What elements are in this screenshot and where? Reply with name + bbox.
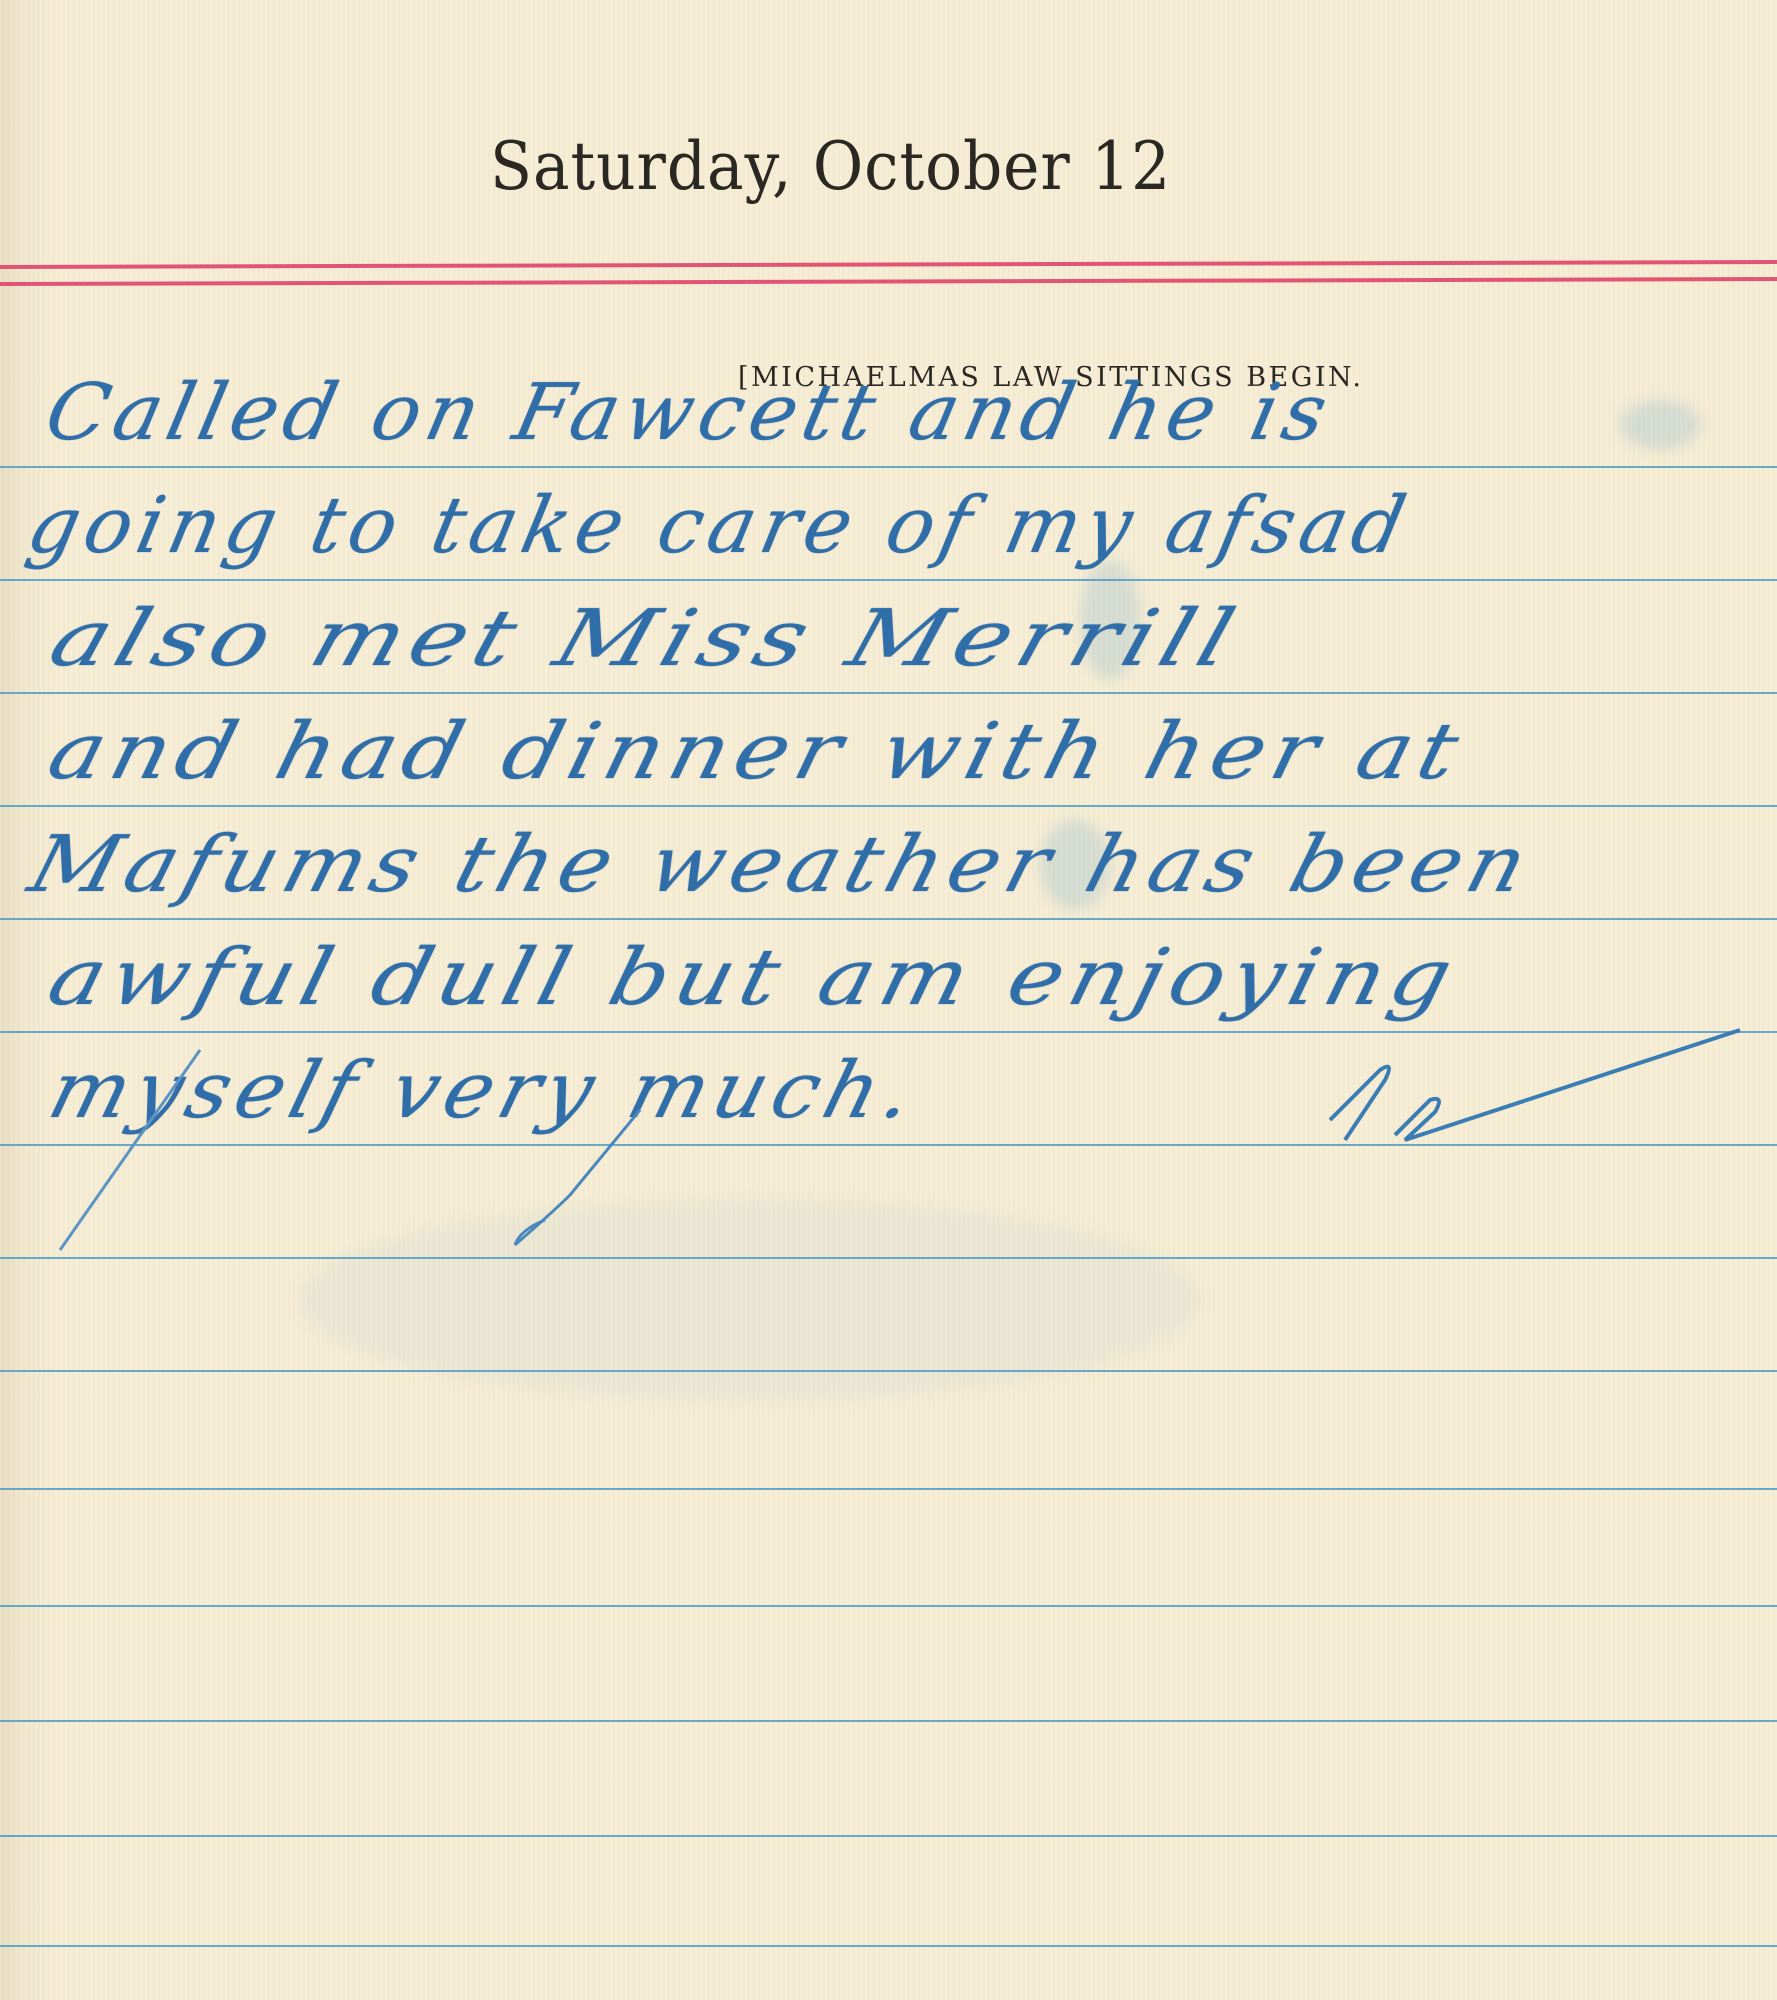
handwritten-line-4: and had dinner with her at (40, 707, 1474, 797)
ink-stain (300, 1200, 1200, 1400)
handwritten-line-6: awful dull but am enjoying (40, 933, 1467, 1023)
ruled-line (0, 1031, 1777, 1033)
ruled-line (0, 579, 1777, 581)
handwritten-line-1: Called on Fawcett and he is (38, 368, 1341, 458)
ruled-line (0, 1144, 1777, 1146)
handwritten-line-7: myself very much. (40, 1046, 929, 1136)
ruled-line (0, 1488, 1777, 1490)
red-rule-top (0, 260, 1777, 269)
ruled-line (0, 1945, 1777, 1947)
date-heading: Saturday, October 12 (490, 128, 1171, 205)
handwritten-line-2: going to take care of my afsad (20, 481, 1419, 571)
ruled-line (0, 1720, 1777, 1722)
ruled-line (0, 805, 1777, 807)
red-rule-bottom (0, 277, 1777, 286)
ink-stain (1620, 400, 1700, 450)
ruled-line (0, 692, 1777, 694)
handwritten-line-5: Mafums the weather has been (20, 820, 1543, 910)
ruled-line (0, 1605, 1777, 1607)
handwritten-line-3: also met Miss Merrill (40, 594, 1252, 684)
ruled-line (0, 466, 1777, 468)
diary-page: Saturday, October 12 [MICHAELMAS LAW SIT… (0, 0, 1777, 2000)
ruled-line (0, 1835, 1777, 1837)
ruled-line (0, 918, 1777, 920)
